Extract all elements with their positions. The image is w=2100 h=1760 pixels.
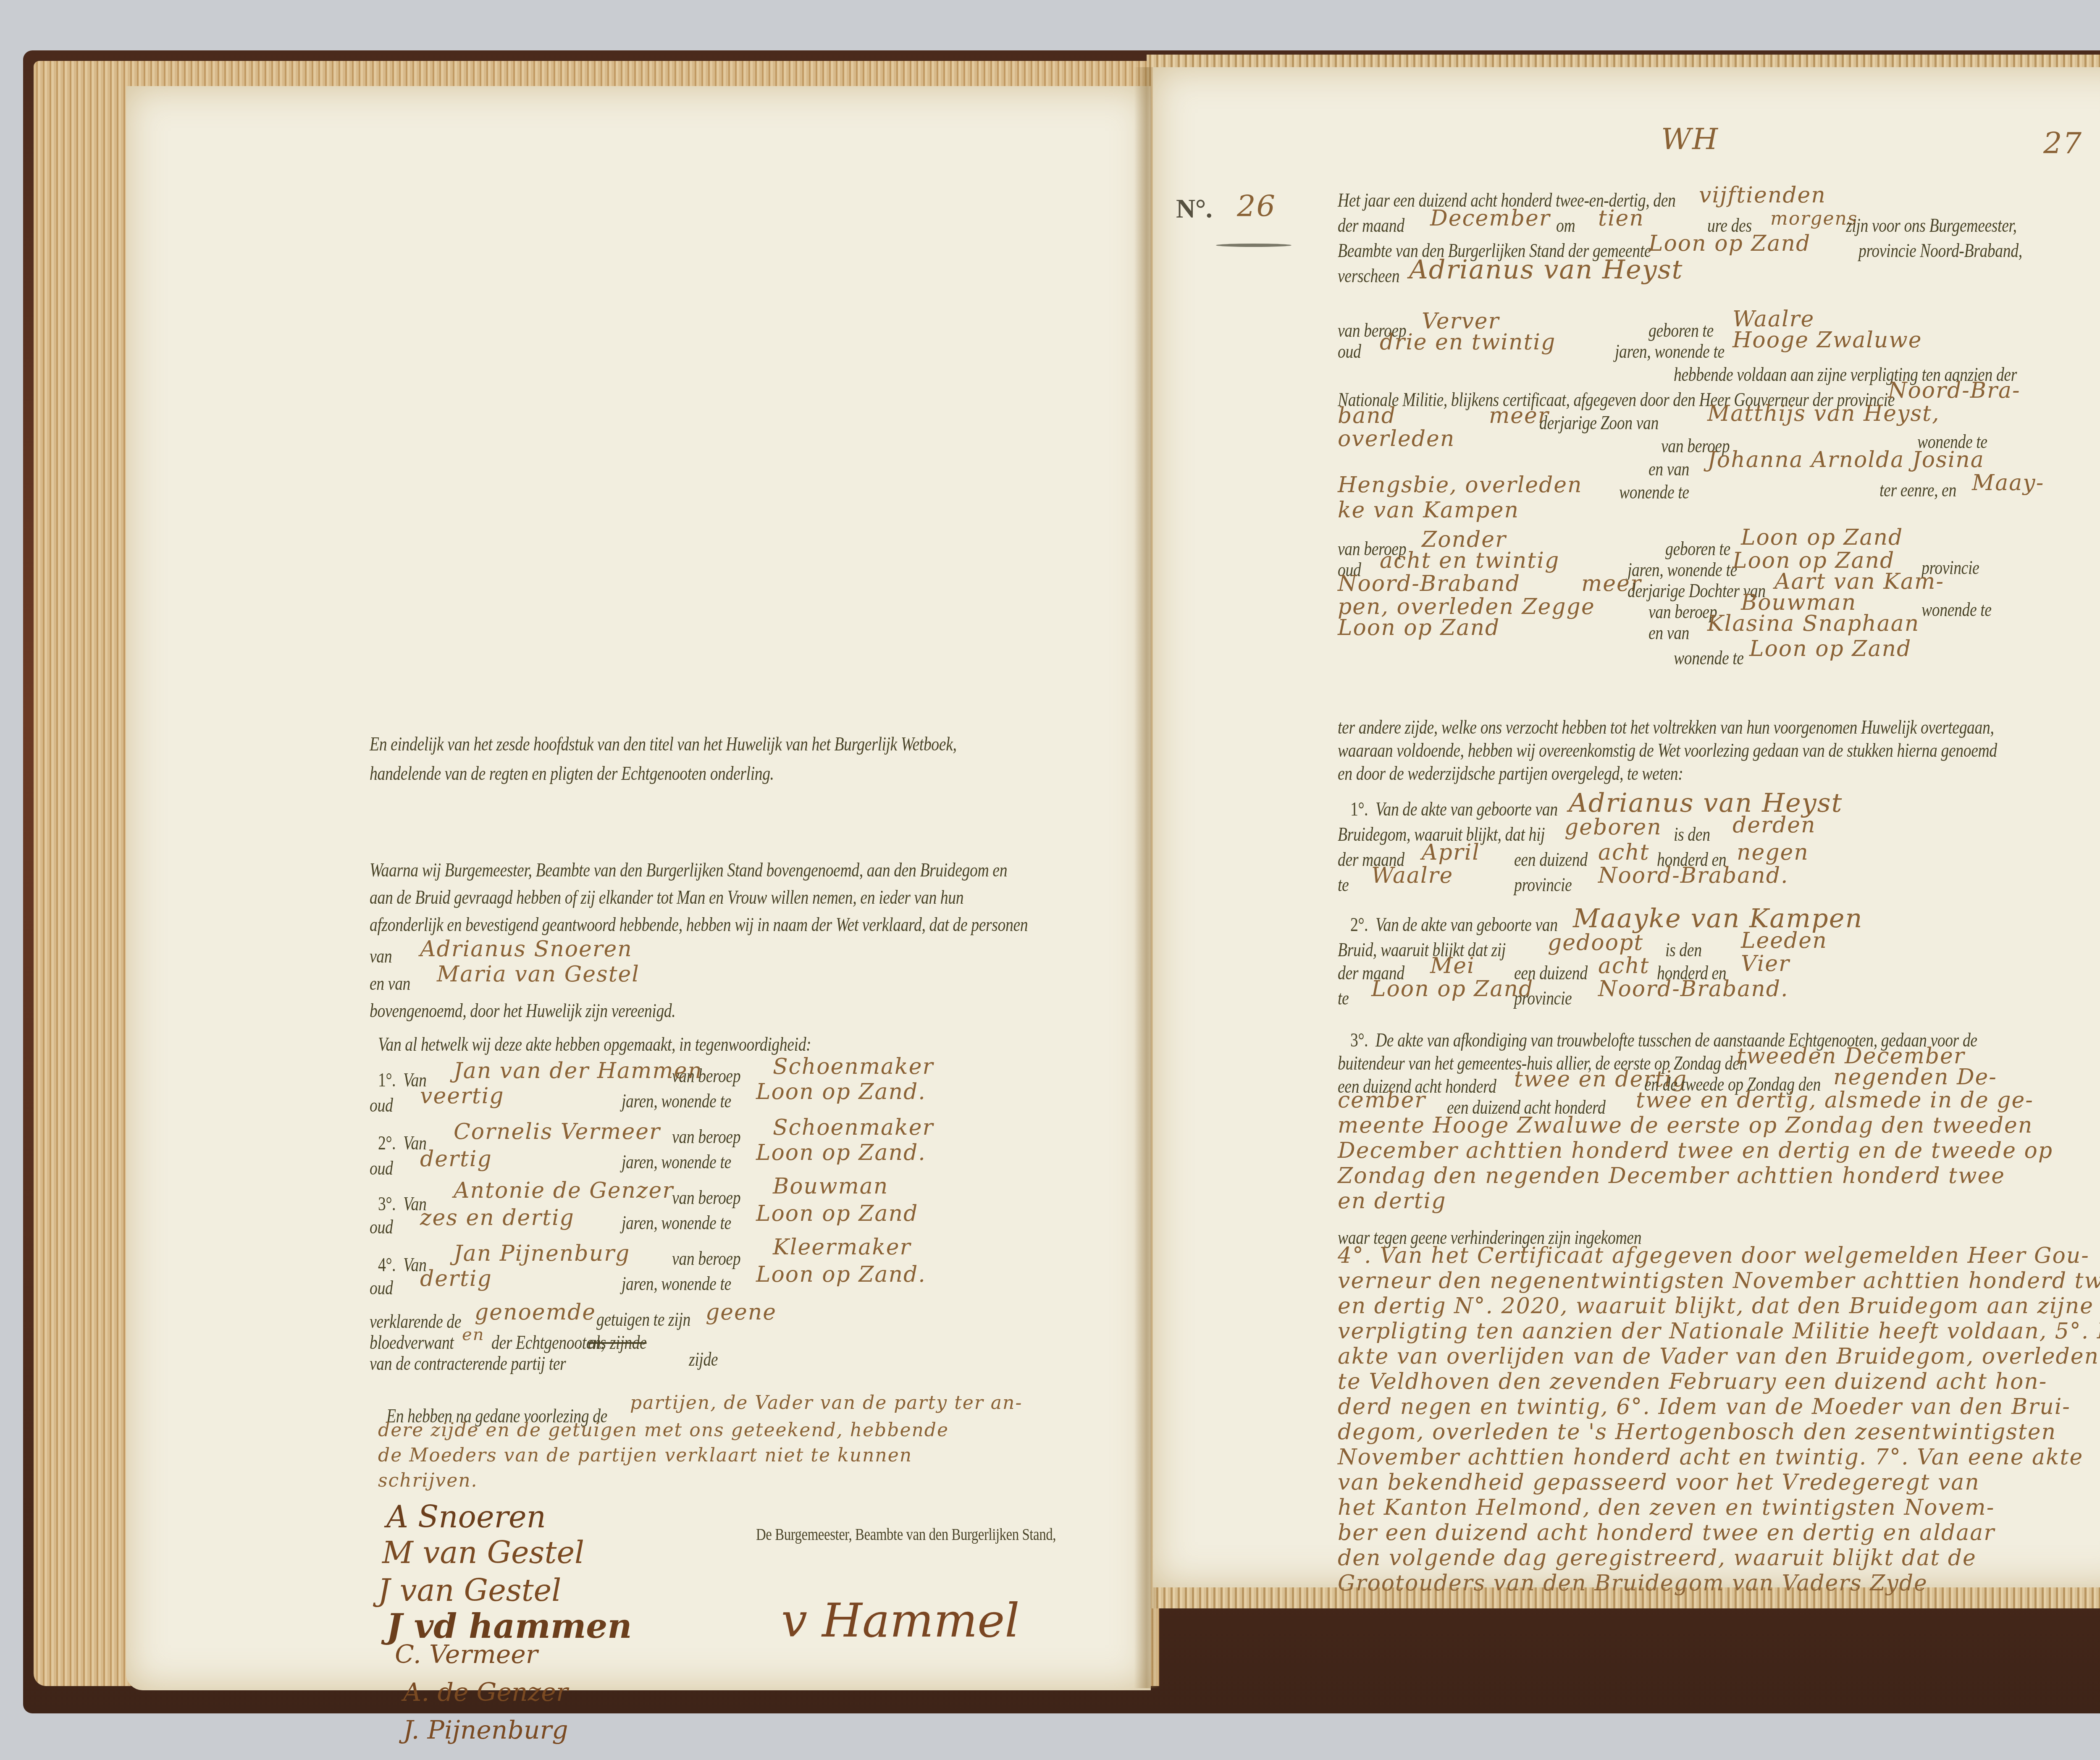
declaration-line: Waarna wij Burgemeester, Beambte van den… <box>370 859 1007 881</box>
signature: J. Pijnenburg <box>403 1715 568 1745</box>
groom-mother: Johanna Arnolda Josina <box>1707 447 1984 472</box>
witness-occupation: Schoenmaker <box>773 1054 934 1079</box>
signature: C. Vermeer <box>395 1640 538 1669</box>
witness-residence: Loon op Zand. <box>756 1079 926 1104</box>
united-text: bovengenoemd, door het Huwelijk zijn ver… <box>370 999 675 1022</box>
witness-name: Jan Pijnenburg <box>454 1241 630 1266</box>
presence-text: Van al hetwelk wij deze akte hebben opge… <box>378 1033 811 1055</box>
left-page: En eindelijk van het zesde hoofdstuk van… <box>126 86 1151 1690</box>
groom-father: Matthijs van Heyst, <box>1707 401 1940 426</box>
municipality-field: Loon op Zand <box>1648 231 1811 256</box>
van-label: van <box>370 945 392 967</box>
relation-label: verklarende de <box>370 1310 461 1332</box>
page-number: 27 <box>2043 126 2082 160</box>
act-number-label: N°. <box>1176 193 1212 224</box>
witness-age: zes en dertig <box>420 1205 575 1230</box>
witness-residence: Loon op Zand <box>756 1201 918 1226</box>
signature: A Snoeren <box>386 1499 546 1534</box>
groom-residence: Hooge Zwaluwe <box>1732 328 1922 353</box>
code-text-line: handelende van de regten en pligten der … <box>370 762 774 784</box>
bride-name: ke van Kampen <box>1338 498 1519 523</box>
bride-birthplace: Loon op Zand <box>1741 525 1903 550</box>
declaration-line: afzonderlijk en bevestigend geantwoord h… <box>370 913 1028 936</box>
witness-name: Cornelis Vermeer <box>454 1119 661 1144</box>
witness-residence: Loon op Zand. <box>756 1262 926 1287</box>
witness-age: dertig <box>420 1266 492 1291</box>
groom-name: Adrianus van Heyst <box>1409 254 1683 285</box>
code-text-line: En eindelijk van het zesde hoofdstuk van… <box>370 733 957 755</box>
act-number: 26 <box>1237 189 1276 223</box>
relation-hand: genoemde <box>475 1300 596 1325</box>
bride-age: acht en twintig <box>1380 548 1559 573</box>
hour-field: tien <box>1598 206 1644 231</box>
en-van-label: en van <box>370 972 410 994</box>
right-page: WH 27 N°. 26 Het jaar een duizend acht h… <box>1153 67 2100 1587</box>
official-signature: v Hammel <box>781 1594 1020 1647</box>
bride-name: Maria van Gestel <box>437 962 640 987</box>
signature: A. de Genzer <box>403 1678 568 1707</box>
declaration-line: aan de Bruid gevraagd hebben of zij elka… <box>370 886 963 908</box>
groom-age: drie en twintig <box>1380 330 1556 355</box>
bride-mother: Klasina Snaphaan <box>1707 611 1919 636</box>
witness-name: Jan van der Hammen <box>454 1058 703 1083</box>
witness-name: Antonie de Genzer <box>454 1178 674 1203</box>
witness-residence: Loon op Zand. <box>756 1140 926 1165</box>
witness-age: veertig <box>420 1083 504 1109</box>
witness-occupation: Bouwman <box>773 1174 888 1199</box>
month-field: December <box>1430 206 1551 231</box>
witness-occupation: Schoenmaker <box>773 1115 934 1140</box>
struck-text: als zijnde <box>588 1331 646 1353</box>
separator-dash <box>1216 244 1291 247</box>
signature: J van Gestel <box>378 1573 561 1608</box>
folio-mark: WH <box>1661 122 1719 156</box>
witness-age: dertig <box>420 1146 492 1172</box>
groom-name: Adrianus Snoeren <box>420 936 633 962</box>
witness-occupation: Kleermaker <box>773 1235 911 1260</box>
signature: M van Gestel <box>382 1535 584 1570</box>
day-field: vijftienden <box>1699 183 1826 208</box>
official-title: De Burgemeester, Beambte van den Burgerl… <box>756 1524 1056 1544</box>
